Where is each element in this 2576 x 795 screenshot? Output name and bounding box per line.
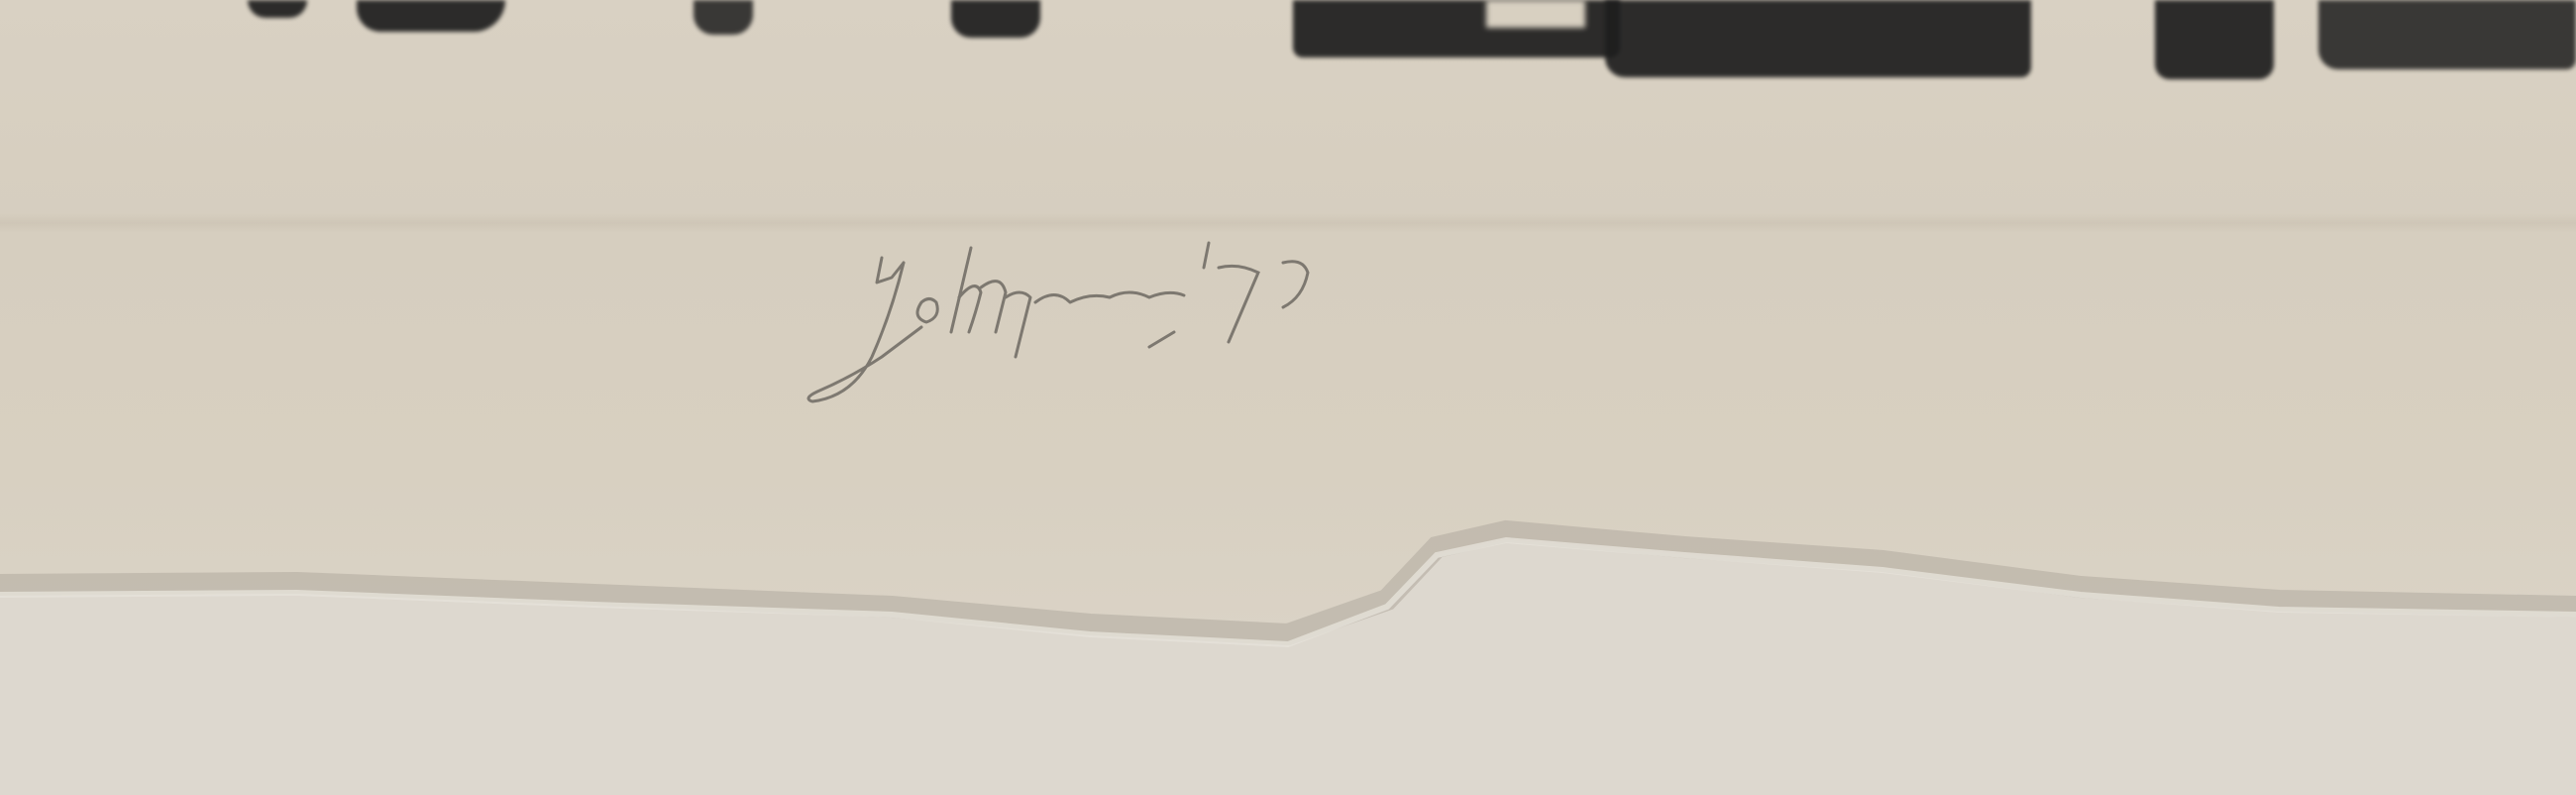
charcoal-mark — [694, 0, 753, 35]
charcoal-mark — [357, 0, 505, 32]
charcoal-mark — [1486, 0, 1585, 28]
charcoal-mark — [2318, 0, 2576, 69]
charcoal-mark — [248, 0, 307, 18]
charcoal-mark — [951, 0, 1040, 38]
charcoal-mark — [2155, 0, 2274, 79]
paper-sheet: Yoshizm '79 — [0, 0, 2576, 795]
charcoal-mark — [1605, 0, 2031, 77]
signature-strokes — [793, 218, 1833, 416]
artist-signature: Yoshizm '79 — [793, 218, 1833, 416]
